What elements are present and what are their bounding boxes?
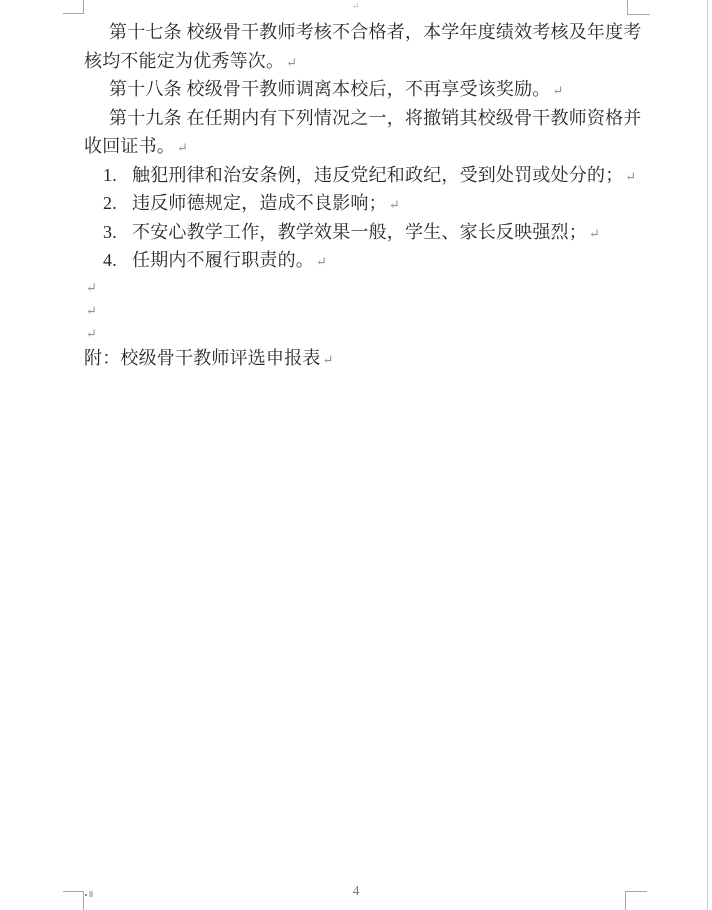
pilcrow-icon: ↵ — [316, 254, 327, 269]
document-body: 第十七条 校级骨干教师考核不合格者，本学年度绩效考核及年度考 核均不能定为优秀等… — [84, 18, 648, 372]
margin-crop-mark-top-left — [63, 0, 84, 14]
list-item-4: 4.任期内不履行职责的。↵ — [84, 246, 648, 275]
empty-paragraph-line: ↵ — [84, 321, 648, 344]
attachment-note-text: 附：校级骨干教师评选申报表 — [84, 348, 321, 368]
header-paragraph-mark-icon: ↵ — [352, 2, 360, 11]
clause-19-line-1: 第十九条 在任期内有下列情况之一，将撤销其校级骨干教师资格并 — [84, 104, 648, 133]
list-item-3-number: 3. — [103, 218, 132, 247]
pilcrow-icon: ↵ — [553, 83, 564, 98]
attachment-note-line: 附：校级骨干教师评选申报表↵ — [84, 344, 648, 373]
page-edge-line — [707, 0, 708, 910]
clause-17-text-2: 核均不能定为优秀等次。 — [84, 51, 284, 71]
clause-19-line-2: 收回证书。↵ — [84, 132, 648, 161]
pilcrow-icon: ↵ — [86, 303, 97, 318]
list-item-1-number: 1. — [103, 161, 132, 190]
clause-18-text: 第十八条 校级骨干教师调离本校后，不再享受该奖励。 — [109, 79, 551, 99]
list-item-2: 2.违反师德规定，造成不良影响；↵ — [84, 189, 648, 218]
clause-18-line: 第十八条 校级骨干教师调离本校后，不再享受该奖励。↵ — [84, 75, 648, 104]
list-item-2-text: 违反师德规定，造成不良影响； — [132, 193, 387, 213]
clause-17-text-1: 第十七条 校级骨干教师考核不合格者，本学年度绩效考核及年度考 — [109, 22, 642, 42]
pilcrow-icon: ↵ — [323, 352, 334, 367]
pilcrow-icon: ↵ — [589, 226, 600, 241]
list-item-3: 3.不安心教学工作，教学效果一般，学生、家长反映强烈；↵ — [84, 218, 648, 247]
list-item-1-text: 触犯刑律和治安条例，违反党纪和政纪，受到处罚或处分的； — [132, 165, 623, 185]
list-item-3-text: 不安心教学工作，教学效果一般，学生、家长反映强烈； — [132, 222, 587, 242]
pilcrow-icon: ↵ — [625, 169, 636, 184]
clause-17-line-2: 核均不能定为优秀等次。↵ — [84, 47, 648, 76]
page-number: 4 — [0, 883, 712, 899]
clause-17-line-1: 第十七条 校级骨干教师考核不合格者，本学年度绩效考核及年度考 — [84, 18, 648, 47]
margin-crop-mark-top-right — [627, 0, 650, 15]
pilcrow-icon: ↵ — [86, 280, 97, 295]
empty-paragraph-line: ↵ — [84, 275, 648, 298]
document-page: ↵ 第十七条 校级骨干教师考核不合格者，本学年度绩效考核及年度考 核均不能定为优… — [0, 0, 712, 910]
pilcrow-icon: ↵ — [86, 326, 97, 341]
clause-19-text-2: 收回证书。 — [84, 136, 175, 156]
pilcrow-icon: ↵ — [177, 140, 188, 155]
list-item-2-number: 2. — [103, 189, 132, 218]
clause-19-text-1: 第十九条 在任期内有下列情况之一，将撤销其校级骨干教师资格并 — [109, 108, 642, 128]
pilcrow-icon: ↵ — [389, 197, 400, 212]
pilcrow-icon: ↵ — [286, 55, 297, 70]
list-item-4-number: 4. — [103, 246, 132, 275]
list-item-4-text: 任期内不履行职责的。 — [132, 250, 314, 270]
list-item-1: 1.触犯刑律和治安条例，违反党纪和政纪，受到处罚或处分的；↵ — [84, 161, 648, 190]
empty-paragraph-line: ↵ — [84, 298, 648, 321]
